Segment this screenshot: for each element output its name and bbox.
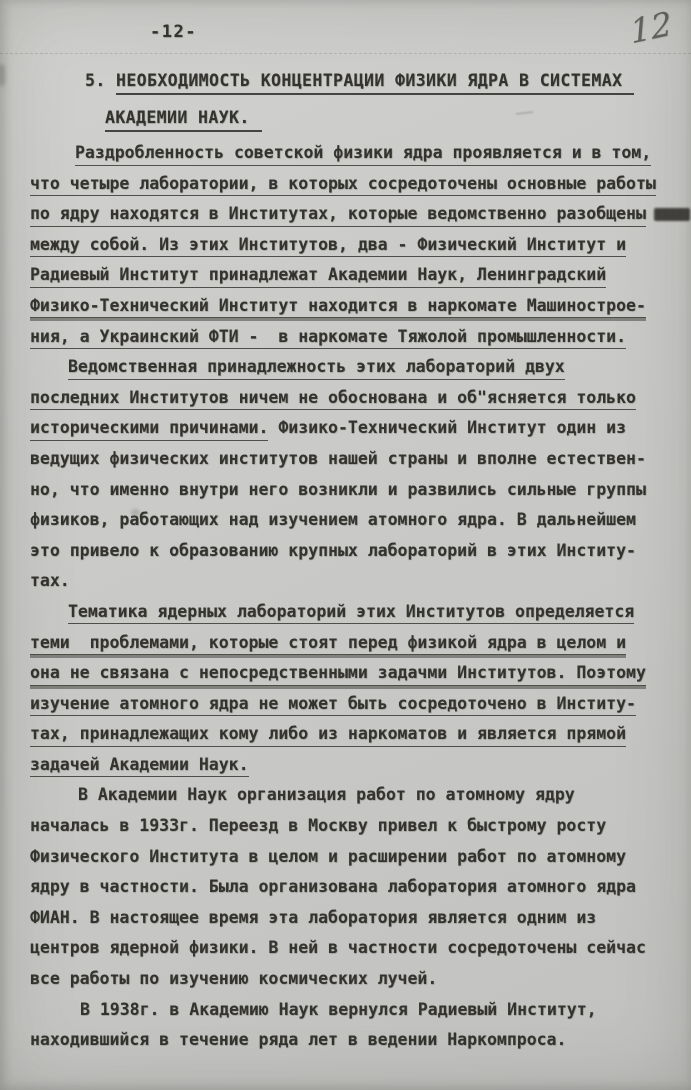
text-line: между собой. Из этих Институтов, два - Ф… — [30, 230, 685, 261]
plain-text: началась в 1933г. Переезд в Москву приве… — [30, 816, 606, 835]
underlined-text: задачей Академии Наук. — [30, 755, 249, 778]
heading-title-line2: АКАДЕМИИ НАУК. — [105, 108, 262, 132]
handwritten-page-number: 12 — [628, 4, 673, 52]
document-body: Раздробленность советской физики ядра пр… — [30, 138, 685, 1056]
text-line: Тематика ядерных лабораторий этих Инстит… — [30, 597, 685, 628]
plain-text: Физико-Технический Институт один из — [268, 418, 626, 437]
underlined-text: теми проблемами, которые стоят перед физ… — [30, 633, 626, 656]
text-line: Ведомственная принадлежность этих лабора… — [30, 352, 685, 383]
plain-text: Физического Института в целом и расширен… — [30, 847, 626, 866]
text-line: все работы по изучению космических лучей… — [30, 964, 685, 995]
text-line: Радиевый Институт принадлежат Академии Н… — [30, 260, 685, 291]
scan-speck-left-edge — [0, 64, 5, 86]
underlined-text: Физико-Технический Институт находится в … — [30, 296, 646, 319]
text-line: ния, а Украинский ФТИ - в наркомате Тяжо… — [30, 322, 685, 353]
plain-text: ФИАН. В настоящее время эта лаборатория … — [30, 908, 596, 927]
text-line: это привело к образованию крупных лабора… — [30, 536, 685, 567]
underlined-text: последних Институтов ничем не обоснована… — [30, 388, 636, 411]
underlined-text: она не связана с непосредственными задач… — [30, 663, 646, 686]
underlined-text: что четыре лаборатории, в которых сосред… — [30, 174, 656, 197]
underlined-text: Радиевый Институт принадлежат Академии Н… — [30, 265, 606, 288]
text-line: историческими причинами. Физико-Техничес… — [30, 413, 685, 444]
heading-spacer — [106, 71, 116, 90]
plain-text: тах. — [30, 571, 70, 590]
section-heading: 5. НЕОБХОДИМОСТЬ КОНЦЕНТРАЦИИ ФИЗИКИ ЯДР… — [85, 62, 634, 136]
underlined-text: изучение атомного ядра не может быть сос… — [30, 694, 636, 717]
plain-text: центров ядерной физики. В ней в частност… — [30, 938, 646, 957]
plain-text: находившийся в течение ряда лет в ведени… — [30, 1030, 566, 1049]
underlined-text: Тематика ядерных лабораторий этих Инстит… — [68, 602, 634, 625]
heading-number: 5. — [85, 71, 106, 90]
scanned-document-page: { "page": { "number_label": "-12-", "han… — [0, 0, 691, 1090]
underlined-text: Раздробленность советской физики ядра пр… — [75, 143, 651, 166]
text-line: ведущих физических институтов нашей стра… — [30, 444, 685, 475]
underlined-text: историческими причинами. — [30, 418, 268, 441]
heading-line-2: АКАДЕМИИ НАУК. — [105, 99, 634, 136]
heading-title-line1: НЕОБХОДИМОСТЬ КОНЦЕНТРАЦИИ ФИЗИКИ ЯДРА В… — [116, 71, 634, 95]
text-line: теми проблемами, которые стоят перед физ… — [30, 628, 685, 659]
plain-text: В 1938г. в Академию Наук вернулся Радиев… — [80, 1000, 597, 1019]
text-line: но, что именно внутри него возникли и ра… — [30, 475, 685, 506]
text-line: началась в 1933г. Переезд в Москву приве… — [30, 811, 685, 842]
plain-text: В Академии Наук организация работ по ато… — [78, 785, 575, 804]
plain-text: ядру в частности. Была организована лабо… — [30, 877, 636, 896]
text-line: тах, принадлежащих кому либо из наркомат… — [30, 719, 685, 750]
typed-page-number: -12- — [150, 22, 197, 42]
underlined-text: по ядру находятся в Институтах, которые … — [30, 204, 646, 227]
text-line: тах. — [30, 566, 685, 597]
underlined-text: тах, принадлежащих кому либо из наркомат… — [30, 724, 626, 747]
text-line: по ядру находятся в Институтах, которые … — [30, 199, 685, 230]
text-line: находившийся в течение ряда лет в ведени… — [30, 1025, 685, 1056]
text-line: В Академии Наук организация работ по ато… — [30, 780, 685, 811]
scan-artifact-line — [0, 53, 691, 54]
plain-text: ведущих физических институтов нашей стра… — [30, 449, 646, 468]
heading-line-1: 5. НЕОБХОДИМОСТЬ КОНЦЕНТРАЦИИ ФИЗИКИ ЯДР… — [85, 62, 634, 99]
text-line: она не связана с непосредственными задач… — [30, 658, 685, 689]
underlined-text: ния, а Украинский ФТИ - в наркомате Тяжо… — [30, 327, 626, 350]
text-line: физиков, работающих над изучением атомно… — [30, 505, 685, 536]
text-line: задачей Академии Наук. — [30, 750, 685, 781]
underlined-text: Ведомственная принадлежность этих лабора… — [68, 357, 565, 380]
text-line: ядру в частности. Была организована лабо… — [30, 872, 685, 903]
plain-text: физиков, работающих над изучением атомно… — [30, 510, 636, 529]
plain-text: но, что именно внутри него возникли и ра… — [30, 480, 646, 499]
text-line: Физического Института в целом и расширен… — [30, 842, 685, 873]
text-line: Физико-Технический Институт находится в … — [30, 291, 685, 322]
text-line: изучение атомного ядра не может быть сос… — [30, 689, 685, 720]
underlined-text: между собой. Из этих Институтов, два - Ф… — [30, 235, 626, 258]
text-line: ФИАН. В настоящее время эта лаборатория … — [30, 903, 685, 934]
plain-text: это привело к образованию крупных лабора… — [30, 541, 636, 560]
plain-text: все работы по изучению космических лучей… — [30, 969, 437, 988]
text-line: последних Институтов ничем не обоснована… — [30, 383, 685, 414]
text-line: центров ядерной физики. В ней в частност… — [30, 933, 685, 964]
text-line: Раздробленность советской физики ядра пр… — [30, 138, 685, 169]
text-line: В 1938г. в Академию Наук вернулся Радиев… — [30, 995, 685, 1026]
text-line: что четыре лаборатории, в которых сосред… — [30, 169, 685, 200]
ink-smudge — [654, 208, 690, 221]
